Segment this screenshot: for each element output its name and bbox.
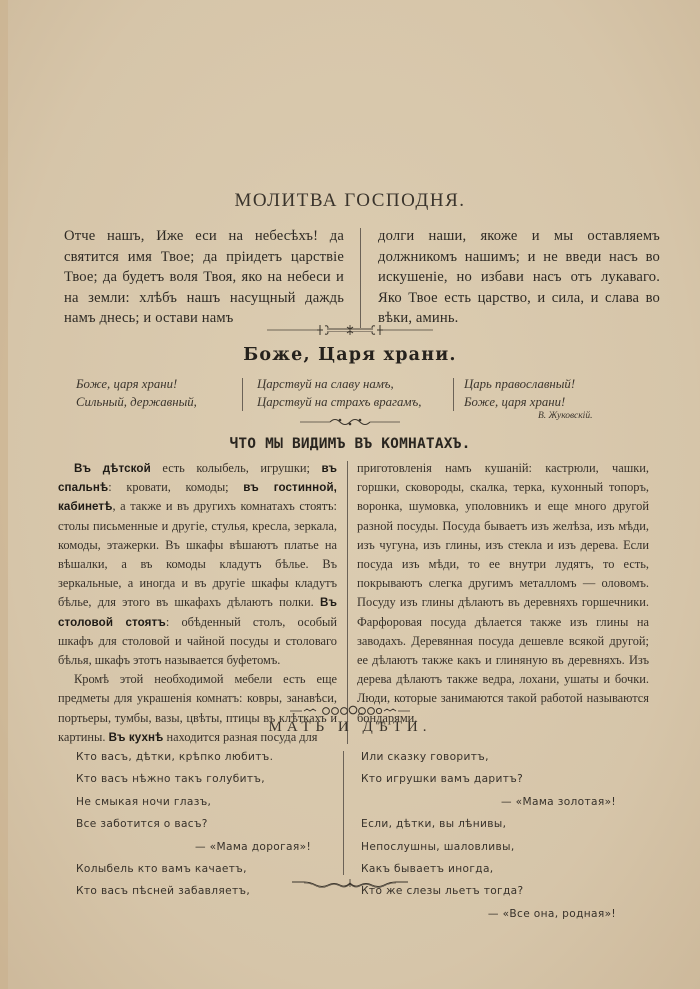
poem-line: Непослушны, шаловливы,: [361, 836, 616, 858]
room-name-emphasis: Въ дѣтской: [74, 462, 151, 475]
page-edge-shadow: [0, 0, 8, 989]
anthem-verse-2: Царствуй на славу намъ, Царствуй на стра…: [243, 375, 453, 411]
poem-line: Кто игрушки вамъ даритъ?: [361, 768, 616, 790]
anthem-verse-1: Боже, царя храни! Сильный, державный,: [76, 375, 242, 411]
prayer-title: МОЛИТВА ГОСПОДНЯ.: [0, 190, 700, 212]
verse-line: Боже, царя храни!: [464, 393, 614, 411]
poem-left-column: Кто васъ, дѣтки, крѣпко любитъ.Кто васъ …: [76, 746, 311, 925]
verse-line: Царствуй на славу намъ,: [257, 375, 453, 393]
poem-answer-line: — «Мама золотая»!: [361, 791, 616, 813]
column-rule: [360, 228, 361, 328]
rooms-title: ЧТО МЫ ВИДИМЪ ВЪ КОМНАТАХЪ.: [0, 436, 700, 452]
ornament-scroll-icon: [0, 705, 700, 717]
poem-line: Кто васъ нѣжно такъ голубитъ,: [76, 768, 311, 790]
rooms-paragraph-3: приготовленія намъ кушаній: кастрюли, ча…: [357, 459, 649, 728]
room-name-emphasis: Въ столовой стоятъ: [58, 596, 337, 628]
poem-line: Не смыкая ночи глазъ,: [76, 791, 311, 813]
anthem-title: Боже, Царя храни.: [0, 345, 700, 365]
prayer-right-column: долги наши, якоже и мы оставляемъ должни…: [378, 226, 660, 329]
rooms-article: Въ дѣтской есть колыбель, игрушки; въ сп…: [58, 459, 658, 747]
ornament-vine-icon: [0, 416, 700, 428]
poem-title: МАТЬ И ДѢТИ.: [0, 719, 700, 736]
verse-line: Боже, царя храни!: [76, 375, 242, 393]
rooms-right-column: приготовленія намъ кушаній: кастрюли, ча…: [357, 459, 649, 747]
rooms-paragraph-1: Въ дѣтской есть колыбель, игрушки; въ сп…: [58, 459, 337, 670]
poem-verses: Кто васъ, дѣтки, крѣпко любитъ.Кто васъ …: [76, 746, 616, 925]
column-rule: [347, 461, 348, 744]
ornament-wave-icon: [0, 878, 700, 888]
prayer-text: Отче нашъ, Иже еси на небесѣхъ! да святи…: [64, 226, 660, 329]
poem-right-column: Или сказку говоритъ,Кто игрушки вамъ дар…: [344, 746, 616, 925]
prayer-left-column: Отче нашъ, Иже еси на небесѣхъ! да святи…: [64, 226, 344, 329]
document-page: МОЛИТВА ГОСПОДНЯ. Отче нашъ, Иже еси на …: [0, 0, 700, 989]
poem-answer-line: — «Мама дорогая»!: [76, 836, 311, 858]
poem-line: Или сказку говоритъ,: [361, 746, 616, 768]
rooms-left-column: Въ дѣтской есть колыбель, игрушки; въ сп…: [58, 459, 337, 747]
poem-answer-line: — «Все она, родная»!: [361, 903, 616, 925]
poem-line: Если, дѣтки, вы лѣнивы,: [361, 813, 616, 835]
poem-line: Кто васъ, дѣтки, крѣпко любитъ.: [76, 746, 311, 768]
verse-line: Царствуй на страхъ врагамъ,: [257, 393, 453, 411]
anthem-verses: Боже, царя храни! Сильный, державный, Ца…: [76, 375, 616, 411]
poem-line: Все заботится о васъ?: [76, 813, 311, 835]
verse-line: Царь православный!: [464, 375, 614, 393]
ornament-divider-icon: [0, 323, 700, 337]
anthem-verse-3: Царь православный! Боже, царя храни!: [454, 375, 614, 411]
verse-line: Сильный, державный,: [76, 393, 242, 411]
